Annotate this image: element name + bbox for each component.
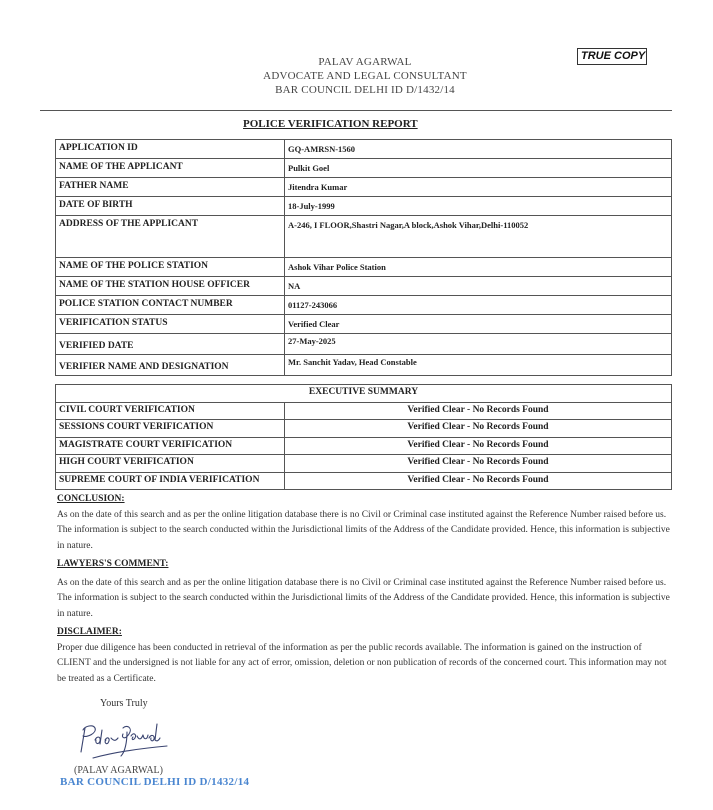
- detail-value: 27-May-2025: [285, 334, 672, 355]
- detail-row: NAME OF THE STATION HOUSE OFFICERNA: [56, 277, 672, 296]
- detail-value: 01127-243066: [285, 296, 672, 315]
- summary-label: SESSIONS COURT VERIFICATION: [56, 420, 285, 438]
- summary-row: SUPREME COURT OF INDIA VERIFICATIONVerif…: [56, 472, 672, 490]
- summary-header-row: EXECUTIVE SUMMARY: [56, 385, 672, 403]
- conclusion-section: CONCLUSION: As on the date of this searc…: [57, 492, 672, 554]
- summary-value: Verified Clear - No Records Found: [285, 472, 672, 490]
- header-divider: [40, 110, 672, 111]
- detail-row: NAME OF THE POLICE STATIONAshok Vihar Po…: [56, 258, 672, 277]
- detail-label: ADDRESS OF THE APPLICANT: [56, 216, 285, 258]
- detail-row: POLICE STATION CONTACT NUMBER01127-24306…: [56, 296, 672, 315]
- detail-label: VERIFIER NAME AND DESIGNATION: [56, 355, 285, 376]
- signatory-bar-id: BAR COUNCIL DELHI ID D/1432/14: [60, 776, 249, 788]
- summary-label: MAGISTRATE COURT VERIFICATION: [56, 437, 285, 455]
- detail-value: NA: [285, 277, 672, 296]
- true-copy-stamp: TRUE COPY: [577, 48, 647, 65]
- applicant-details-table: APPLICATION IDGQ-AMRSN-1560NAME OF THE A…: [55, 139, 672, 376]
- advocate-designation: ADVOCATE AND LEGAL CONSULTANT: [200, 69, 530, 83]
- detail-row: DATE OF BIRTH18-July-1999: [56, 197, 672, 216]
- detail-value: A-246, I FLOOR,Shastri Nagar,A block,Ash…: [285, 216, 672, 258]
- summary-value: Verified Clear - No Records Found: [285, 455, 672, 473]
- detail-label: DATE OF BIRTH: [56, 197, 285, 216]
- summary-label: SUPREME COURT OF INDIA VERIFICATION: [56, 472, 285, 490]
- detail-label: NAME OF THE APPLICANT: [56, 159, 285, 178]
- detail-value: GQ-AMRSN-1560: [285, 140, 672, 159]
- summary-row: MAGISTRATE COURT VERIFICATIONVerified Cl…: [56, 437, 672, 455]
- conclusion-heading: CONCLUSION:: [57, 492, 672, 508]
- detail-value: Mr. Sanchit Yadav, Head Constable: [285, 355, 672, 376]
- detail-row: ADDRESS OF THE APPLICANTA-246, I FLOOR,S…: [56, 216, 672, 258]
- detail-label: POLICE STATION CONTACT NUMBER: [56, 296, 285, 315]
- detail-value: Ashok Vihar Police Station: [285, 258, 672, 277]
- advocate-name: PALAV AGARWAL: [200, 55, 530, 69]
- conclusion-text: As on the date of this search and as per…: [57, 510, 670, 551]
- summary-row: CIVIL COURT VERIFICATIONVerified Clear -…: [56, 402, 672, 420]
- detail-row: VERIFIED DATE27-May-2025: [56, 334, 672, 355]
- detail-value: 18-July-1999: [285, 197, 672, 216]
- detail-row: FATHER NAMEJitendra Kumar: [56, 178, 672, 197]
- lawyers-comment-text: As on the date of this search and as per…: [57, 578, 670, 619]
- lawyers-comment-section: LAWYERS'S COMMENT: As on the date of thi…: [57, 557, 672, 622]
- detail-value: Pulkit Goel: [285, 159, 672, 178]
- summary-value: Verified Clear - No Records Found: [285, 402, 672, 420]
- detail-row: APPLICATION IDGQ-AMRSN-1560: [56, 140, 672, 159]
- summary-row: SESSIONS COURT VERIFICATIONVerified Clea…: [56, 420, 672, 438]
- closing-text: Yours Truly: [100, 698, 148, 709]
- report-title: POLICE VERIFICATION REPORT: [243, 118, 418, 130]
- disclaimer-text: Proper due diligence has been conducted …: [57, 643, 666, 684]
- detail-label: VERIFICATION STATUS: [56, 315, 285, 334]
- detail-label: FATHER NAME: [56, 178, 285, 197]
- summary-value: Verified Clear - No Records Found: [285, 420, 672, 438]
- detail-value: Jitendra Kumar: [285, 178, 672, 197]
- detail-value: Verified Clear: [285, 315, 672, 334]
- detail-row: NAME OF THE APPLICANTPulkit Goel: [56, 159, 672, 178]
- executive-summary-table: EXECUTIVE SUMMARY CIVIL COURT VERIFICATI…: [55, 384, 672, 490]
- detail-label: NAME OF THE POLICE STATION: [56, 258, 285, 277]
- detail-label: APPLICATION ID: [56, 140, 285, 159]
- letterhead: PALAV AGARWAL ADVOCATE AND LEGAL CONSULT…: [200, 55, 530, 97]
- summary-value: Verified Clear - No Records Found: [285, 437, 672, 455]
- lawyers-comment-heading: LAWYERS'S COMMENT:: [57, 557, 672, 573]
- summary-label: HIGH COURT VERIFICATION: [56, 455, 285, 473]
- summary-label: CIVIL COURT VERIFICATION: [56, 402, 285, 420]
- detail-row: VERIFICATION STATUSVerified Clear: [56, 315, 672, 334]
- signatory-name: (PALAV AGARWAL): [74, 765, 163, 776]
- detail-label: VERIFIED DATE: [56, 334, 285, 355]
- detail-row: VERIFIER NAME AND DESIGNATIONMr. Sanchit…: [56, 355, 672, 376]
- disclaimer-heading: DISCLAIMER:: [57, 625, 672, 641]
- detail-label: NAME OF THE STATION HOUSE OFFICER: [56, 277, 285, 296]
- disclaimer-section: DISCLAIMER: Proper due diligence has bee…: [57, 625, 672, 687]
- summary-title: EXECUTIVE SUMMARY: [56, 385, 672, 403]
- signature-icon: [75, 718, 175, 768]
- advocate-bar-id: BAR COUNCIL DELHI ID D/1432/14: [200, 83, 530, 97]
- summary-row: HIGH COURT VERIFICATIONVerified Clear - …: [56, 455, 672, 473]
